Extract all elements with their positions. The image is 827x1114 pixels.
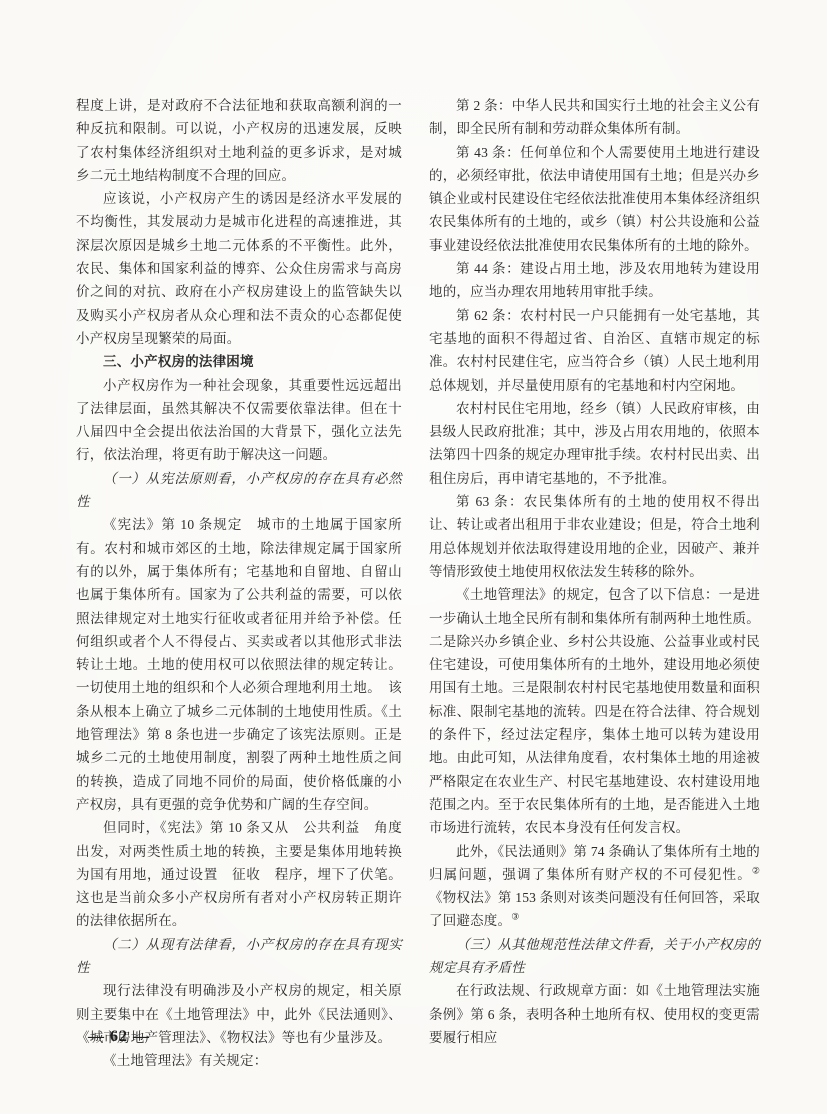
section-heading: 三、小产权房的法律困境 bbox=[76, 350, 402, 373]
paragraph: 《土地管理法》有关规定： bbox=[76, 1049, 402, 1072]
paragraph: 第 2 条：中华人民共和国实行土地的社会主义公有制，即全民所有制和劳动群众集体所… bbox=[429, 94, 760, 141]
paragraph: 第 43 条：任何单位和个人需要使用土地进行建设的，必须经审批，依法申请使用国有… bbox=[429, 141, 760, 257]
paragraph-with-footnote-refs: 此外，《民法通则》第 74 条确认了集体所有土地的归属问题，强调了集体所有财产权… bbox=[429, 840, 760, 933]
paragraph: 程度上讲，是对政府不合法征地和获取高额利润的一种反抗和限制。可以说，小产权房的迅… bbox=[76, 94, 402, 187]
subsection-heading: （三）从其他规范性法律文件看，关于小产权房的规定具有矛盾性 bbox=[429, 933, 760, 980]
subsection-heading: （一）从宪法原则看，小产权房的存在具有必然性 bbox=[76, 467, 402, 514]
page-number: — 62 — bbox=[88, 1028, 150, 1046]
subsection-heading: （二）从现有法律看，小产权房的存在具有现实性 bbox=[76, 933, 402, 980]
paragraph: 《土地管理法》的规定，包含了以下信息：一是进一步确认土地全民所有制和集体所有制两… bbox=[429, 583, 760, 839]
paragraph: 第 44 条：建设占用土地，涉及农用地转为建设用地的，应当办理农用地转用审批手续… bbox=[429, 257, 760, 304]
left-column: 程度上讲，是对政府不合法征地和获取高额利润的一种反抗和限制。可以说，小产权房的迅… bbox=[76, 94, 402, 1072]
paragraph: 应该说，小产权房产生的诱因是经济水平发展的不均衡性，其发展动力是城市化进程的高速… bbox=[76, 187, 402, 350]
paragraph: 第 63 条：农民集体所有的土地的使用权不得出让、转让或者出租用于非农业建设；但… bbox=[429, 490, 760, 583]
paragraph: 《宪法》第 10 条规定 城市的土地属于国家所有。农村和城市郊区的土地，除法律规… bbox=[76, 513, 402, 816]
paragraph: 小产权房作为一种社会现象，其重要性远远超出了法律层面，虽然其解决不仅需要依靠法律… bbox=[76, 374, 402, 467]
paragraph: 但同时，《宪法》第 10 条又从 公共利益 角度出发，对两类性质土地的转换，主要… bbox=[76, 816, 402, 932]
paragraph-text: 《物权法》第 153 条则对该类问题没有任何回答，采取了回避态度。 bbox=[429, 890, 760, 928]
footnote-ref-2: ② bbox=[752, 865, 760, 875]
paragraph-text: 此外，《民法通则》第 74 条确认了集体所有土地的归属问题，强调了集体所有财产权… bbox=[429, 844, 760, 882]
paragraph: 在行政法规、行政规章方面：如《土地管理法实施条例》第 6 条，表明各种土地所有权… bbox=[429, 979, 760, 1049]
footnote-ref-3: ③ bbox=[511, 912, 519, 922]
paragraph: 农村村民住宅用地，经乡（镇）人民政府审核，由县级人民政府批准；其中，涉及占用农用… bbox=[429, 397, 760, 490]
right-column: 第 2 条：中华人民共和国实行土地的社会主义公有制，即全民所有制和劳动群众集体所… bbox=[429, 94, 760, 1049]
paragraph: 第 62 条：农村村民一户只能拥有一处宅基地，其宅基地的面积不得超过省、自治区、… bbox=[429, 304, 760, 397]
scanned-document-page: 程度上讲，是对政府不合法征地和获取高额利润的一种反抗和限制。可以说，小产权房的迅… bbox=[0, 0, 827, 1114]
